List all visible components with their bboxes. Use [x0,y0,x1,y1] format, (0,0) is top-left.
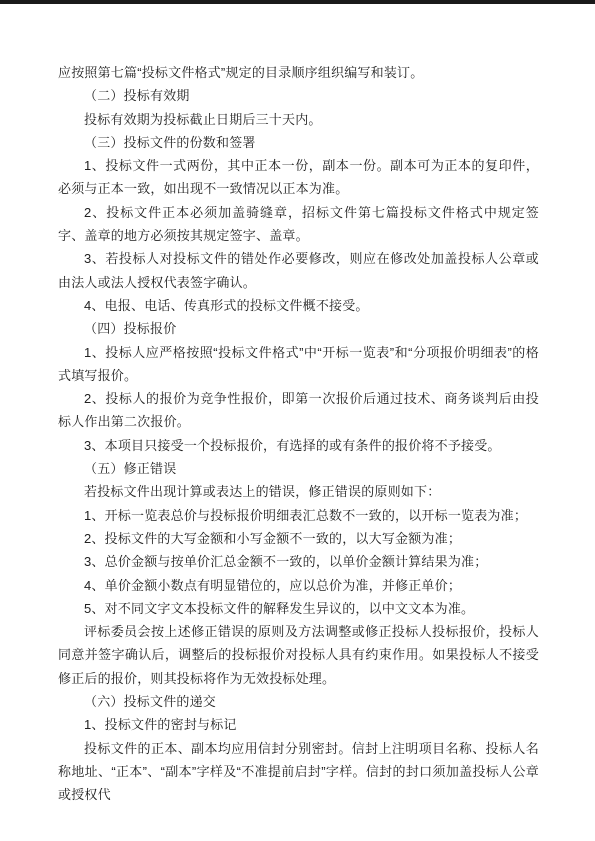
paragraph: 应按照第七篇“投标文件格式”规定的目录顺序组织编写和装订。 [58,61,539,84]
paragraph: 4、单价金额小数点有明显错位的，应以总价为准，并修正单价； [58,574,539,597]
document-body: 应按照第七篇“投标文件格式”规定的目录顺序组织编写和装订。（二）投标有效期投标有… [58,61,539,807]
paragraph: 1、开标一览表总价与投标报价明细表汇总数不一致的，以开标一览表为准； [58,504,539,527]
paragraph: 3、若投标人对投标文件的错处作必要修改，则应在修改处加盖投标人公章或由法人或法人… [58,247,539,294]
paragraph: 2、投标文件的大写金额和小写金额不一致的，以大写金额为准； [58,527,539,550]
paragraph: 评标委员会按上述修正错误的原则及方法调整或修正投标人投标报价，投标人同意并签字确… [58,620,539,690]
page-top-edge-bar [0,0,595,4]
paragraph: 3、总价金额与按单价汇总金额不一致的，以单价金额计算结果为准； [58,550,539,573]
paragraph: 4、电报、电话、传真形式的投标文件概不接受。 [58,294,539,317]
paragraph: 5、对不同文字文本投标文件的解释发生异议的，以中文文本为准。 [58,597,539,620]
paragraph: 1、投标人应严格按照“投标文件格式”中“开标一览表”和“分项报价明细表”的格式填… [58,341,539,388]
paragraph: （二）投标有效期 [58,84,539,107]
paragraph: 3、本项目只接受一个投标报价，有选择的或有条件的报价将不予接受。 [58,434,539,457]
paragraph: （五）修正错误 [58,457,539,480]
paragraph: 若投标文件出现计算或表达上的错误，修正错误的原则如下： [58,480,539,503]
paragraph: 2、投标文件正本必须加盖骑缝章，招标文件第七篇投标文件格式中规定签字、盖章的地方… [58,201,539,248]
paragraph: （四）投标报价 [58,317,539,340]
paragraph: 1、投标文件一式两份，其中正本一份，副本一份。副本可为正本的复印件，必须与正本一… [58,154,539,201]
paragraph: 1、投标文件的密封与标记 [58,713,539,736]
paragraph: （三）投标文件的份数和签署 [58,131,539,154]
paragraph: 2、投标人的报价为竞争性报价，即第一次报价后通过技术、商务谈判后由投标人作出第二… [58,387,539,434]
paragraph: （六）投标文件的递交 [58,690,539,713]
paragraph: 投标文件的正本、副本均应用信封分别密封。信封上注明项目名称、投标人名称地址、“正… [58,737,539,807]
document-page: 应按照第七篇“投标文件格式”规定的目录顺序组织编写和装订。（二）投标有效期投标有… [0,0,595,841]
paragraph: 投标有效期为投标截止日期后三十天内。 [58,108,539,131]
